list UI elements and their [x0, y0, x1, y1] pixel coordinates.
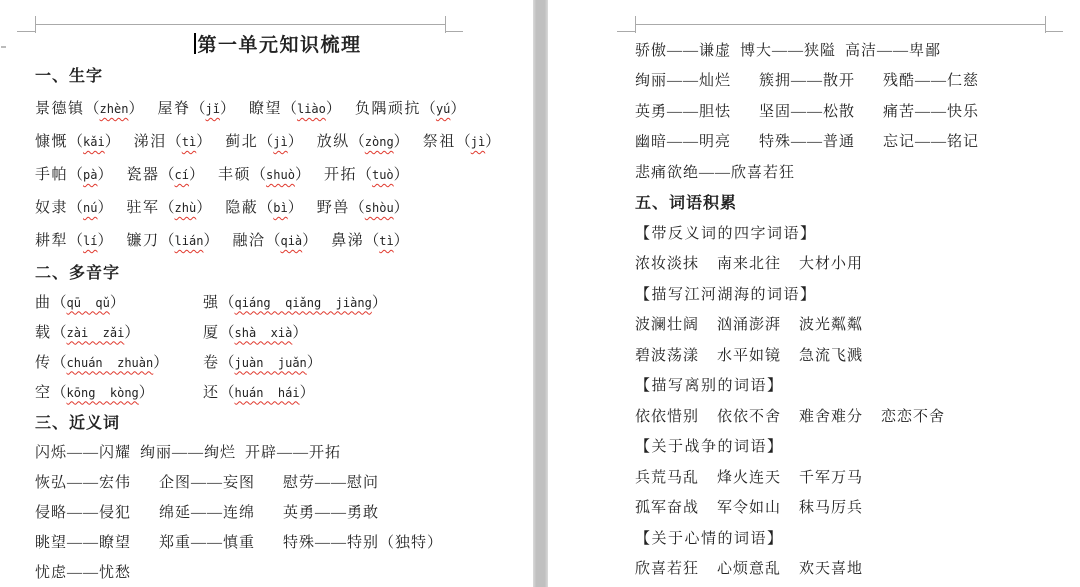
antonym-pair: 绚丽——灿烂: [635, 69, 731, 90]
margin-crop-mark: [635, 16, 636, 33]
doc-paragraph[interactable]: 英勇——胆怯坚固——松散痛苦——快乐: [635, 95, 1076, 126]
idiom-word: 波光粼粼: [799, 313, 863, 334]
doc-paragraph[interactable]: 骄傲——谦虚博大——狭隘高洁——卑鄙: [635, 34, 1076, 65]
idiom-word: 急流飞溅: [799, 344, 863, 365]
word-with-pinyin: 野兽（shòu）: [317, 196, 409, 217]
word-with-pinyin: 传（chuán zhuàn）: [35, 351, 203, 372]
open-paren: （: [258, 196, 273, 217]
close-paren: ）: [302, 229, 317, 250]
close-paren: ）: [326, 97, 341, 118]
hanzi-word: 慷慨: [35, 130, 68, 151]
open-paren: （: [167, 130, 182, 151]
hanzi-word: 融洽: [232, 229, 265, 250]
hanzi-word: 鼻涕: [331, 229, 364, 250]
idiom-word: 心烦意乱: [717, 557, 781, 578]
idiom-word: 依依惜别: [635, 405, 699, 426]
hanzi-word: 涕泪: [134, 130, 167, 151]
close-paren: ）: [295, 163, 310, 184]
hanzi-word: 耕犁: [35, 229, 68, 250]
pinyin-spellcheck: yú: [436, 102, 450, 116]
section-heading[interactable]: 五、词语积累: [635, 187, 1076, 218]
word-with-pinyin: 曲（qū qǔ）: [35, 291, 203, 312]
antonym-pair: 悲痛欲绝——欣喜若狂: [635, 161, 795, 182]
pinyin-spellcheck: lí: [83, 234, 97, 248]
hanzi-word: 蓟北: [225, 130, 258, 151]
doc-paragraph[interactable]: 手帕（pà）瓷器（cí）丰硕（shuò）开拓（tuò）: [35, 157, 521, 190]
pinyin-spellcheck: chuán zhuàn: [67, 356, 154, 370]
style-area-mark: [1, 46, 6, 48]
synonym-pair: 企图——妄图: [159, 471, 255, 492]
close-paren: ）: [203, 229, 218, 250]
synonym-pair: 慰劳——慰问: [283, 471, 379, 492]
pinyin-spellcheck: qiáng qiǎng jiàng: [235, 296, 372, 310]
idiom-word: 水平如镜: [717, 344, 781, 365]
open-paren: （: [68, 229, 83, 250]
hanzi-word: 瞭望: [249, 97, 282, 118]
margin-crop-mark: [17, 31, 35, 32]
pinyin-spellcheck: liào: [297, 102, 326, 116]
idiom-word: 依依不舍: [717, 405, 781, 426]
antonym-pair: 幽暗——明亮: [635, 130, 731, 151]
doc-paragraph[interactable]: 侵略——侵犯绵延——连绵英勇——勇敢: [35, 496, 521, 526]
close-paren: ）: [292, 321, 307, 342]
close-paren: ）: [288, 130, 303, 151]
word-with-pinyin: 瞭望（liào）: [249, 97, 341, 118]
page-1-body: 一、生字景德镇（zhèn）屋脊（jǐ）瞭望（liào）负隅顽抗（yú）慷慨（kǎ…: [35, 58, 521, 586]
idiom-word: 秣马厉兵: [799, 496, 863, 517]
bracket-heading[interactable]: 【带反义词的四字词语】: [635, 217, 1076, 248]
hanzi-word: 传: [35, 351, 52, 372]
word-with-pinyin: 融洽（qià）: [232, 229, 317, 250]
hanzi-word: 还: [203, 381, 220, 402]
bracket-heading[interactable]: 【关于心情的词语】: [635, 522, 1076, 553]
doc-paragraph[interactable]: 波澜壮阔汹涌澎湃波光粼粼: [635, 309, 1076, 340]
close-paren: ）: [394, 130, 409, 151]
open-paren: （: [160, 163, 175, 184]
synonym-pair: 英勇——勇敢: [283, 501, 379, 522]
word-with-pinyin: 景德镇（zhèn）: [35, 97, 143, 118]
open-paren: （: [52, 291, 67, 312]
pinyin-spellcheck: juàn juǎn: [235, 356, 307, 370]
open-paren: （: [456, 130, 471, 151]
pinyin-spellcheck: cí: [175, 168, 189, 182]
antonym-pair: 坚固——松散: [759, 100, 855, 121]
doc-paragraph[interactable]: 眺望——瞭望郑重——慎重特殊——特别（独特）: [35, 526, 521, 556]
hanzi-word: 空: [35, 381, 52, 402]
idiom-word: 兵荒马乱: [635, 466, 699, 487]
open-paren: （: [220, 351, 235, 372]
close-paren: ）: [110, 291, 125, 312]
doc-paragraph[interactable]: 奴隶（nú）驻军（zhù）隐蔽（bì）野兽（shòu）: [35, 190, 521, 223]
idiom-word: 烽火连天: [717, 466, 781, 487]
doc-paragraph[interactable]: 慷慨（kǎi）涕泪（tì）蓟北（jì）放纵（zòng）祭祖（jì）: [35, 124, 521, 157]
close-paren: ）: [189, 163, 204, 184]
close-paren: ）: [105, 130, 120, 151]
pinyin-spellcheck: kōng kòng: [67, 386, 139, 400]
hanzi-word: 载: [35, 321, 52, 342]
idiom-word: 恋恋不舍: [881, 405, 945, 426]
pinyin-spellcheck: shà xià: [235, 326, 293, 340]
idiom-word: 南来北往: [717, 252, 781, 273]
doc-paragraph[interactable]: 闪烁——闪耀绚丽——绚烂开辟——开拓: [35, 436, 521, 466]
idiom-word: 波澜壮阔: [635, 313, 699, 334]
close-paren: ）: [196, 130, 211, 151]
word-with-pinyin: 屋脊（jǐ）: [157, 97, 235, 118]
pinyin-spellcheck: tì: [379, 234, 393, 248]
document-page-2[interactable]: 骄傲——谦虚博大——狭隘高洁——卑鄙绚丽——灿烂簇拥——散开残酷——仁慈英勇——…: [548, 0, 1080, 587]
word-with-pinyin: 载（zài zǎi）: [35, 321, 203, 342]
page-title-text: 第一单元知识梳理: [197, 30, 361, 57]
pinyin-spellcheck: jì: [471, 135, 485, 149]
doc-paragraph[interactable]: 欣喜若狂心烦意乱欢天喜地: [635, 553, 1076, 584]
hanzi-word: 厦: [203, 321, 220, 342]
hanzi-word: 丰硕: [218, 163, 251, 184]
hanzi-word: 瓷器: [127, 163, 160, 184]
word-with-pinyin: 丰硕（shuò）: [218, 163, 310, 184]
pinyin-spellcheck: shòu: [365, 201, 394, 215]
word-with-pinyin: 耕犁（lí）: [35, 229, 113, 250]
close-paren: ）: [300, 381, 315, 402]
synonym-pair: 郑重——慎重: [159, 531, 255, 552]
doc-paragraph[interactable]: 依依惜别依依不舍难舍难分恋恋不舍: [635, 400, 1076, 431]
word-with-pinyin: 放纵（zòng）: [317, 130, 409, 151]
pinyin-spellcheck: kǎi: [83, 135, 105, 149]
doc-paragraph[interactable]: 兵荒马乱烽火连天千军万马: [635, 461, 1076, 492]
pinyin-spellcheck: pà: [83, 168, 97, 182]
word-with-pinyin: 镰刀（lián）: [127, 229, 219, 250]
pinyin-spellcheck: nú: [83, 201, 97, 215]
doc-paragraph[interactable]: 耕犁（lí）镰刀（lián）融洽（qià）鼻涕（tì）: [35, 223, 521, 256]
hanzi-word: 景德镇: [35, 97, 85, 118]
pinyin-spellcheck: tuò: [372, 168, 394, 182]
page-title[interactable]: 第一单元知识梳理: [35, 28, 521, 58]
close-paren: ）: [394, 229, 409, 250]
doc-paragraph[interactable]: 碧波荡漾水平如镜急流飞溅: [635, 339, 1076, 370]
pinyin-spellcheck: shuò: [266, 168, 295, 182]
word-with-pinyin: 手帕（pà）: [35, 163, 113, 184]
doc-paragraph[interactable]: 传（chuán zhuàn）卷（juàn juǎn）: [35, 346, 521, 376]
doc-paragraph[interactable]: 恢弘——宏伟企图——妄图慰劳——慰问: [35, 466, 521, 496]
close-paren: ）: [97, 229, 112, 250]
word-with-pinyin: 负隅顽抗（yú）: [355, 97, 466, 118]
bracket-heading[interactable]: 【描写离别的词语】: [635, 370, 1076, 401]
word-with-pinyin: 厦（shà xià）: [203, 321, 371, 342]
close-paren: ）: [153, 351, 168, 372]
close-paren: ）: [196, 196, 211, 217]
doc-paragraph[interactable]: 空（kōng kòng）还（huán hái）: [35, 376, 521, 406]
section-heading[interactable]: 三、近义词: [35, 406, 521, 436]
open-paren: （: [258, 130, 273, 151]
open-paren: （: [160, 196, 175, 217]
open-paren: （: [350, 130, 365, 151]
hanzi-word: 放纵: [317, 130, 350, 151]
idiom-word: 难舍难分: [799, 405, 863, 426]
close-paren: ）: [307, 351, 322, 372]
word-with-pinyin: 还（huán hái）: [203, 381, 371, 402]
pinyin-spellcheck: huán hái: [235, 386, 300, 400]
synonym-pair: 开辟——开拓: [245, 441, 341, 462]
open-paren: （: [52, 351, 67, 372]
word-with-pinyin: 隐蔽（bì）: [225, 196, 303, 217]
antonym-pair: 博大——狭隘: [740, 39, 836, 60]
open-paren: （: [190, 97, 205, 118]
pinyin-spellcheck: lián: [175, 234, 204, 248]
idiom-word: 浓妆淡抹: [635, 252, 699, 273]
synonym-pair: 侵略——侵犯: [35, 501, 131, 522]
word-with-pinyin: 开拓（tuò）: [324, 163, 409, 184]
close-paren: ）: [128, 97, 143, 118]
antonym-pair: 忘记——铭记: [883, 130, 979, 151]
page-2-text-area: 骄傲——谦虚博大——狭隘高洁——卑鄙绚丽——灿烂簇拥——散开残酷——仁慈英勇——…: [635, 34, 1076, 583]
pinyin-spellcheck: zài zǎi: [67, 326, 125, 340]
section-heading[interactable]: 二、多音字: [35, 256, 521, 286]
pinyin-spellcheck: bì: [273, 201, 287, 215]
close-paren: ）: [220, 97, 235, 118]
idiom-word: 大材小用: [799, 252, 863, 273]
hanzi-word: 开拓: [324, 163, 357, 184]
pinyin-spellcheck: tì: [182, 135, 196, 149]
word-with-pinyin: 祭祖（jì）: [423, 130, 501, 151]
bracket-heading[interactable]: 【描写江河湖海的词语】: [635, 278, 1076, 309]
close-paren: ）: [97, 196, 112, 217]
close-paren: ）: [372, 291, 387, 312]
synonym-pair: 闪烁——闪耀: [35, 441, 131, 462]
pinyin-spellcheck: zhèn: [100, 102, 129, 116]
pinyin-spellcheck: jǐ: [205, 102, 219, 116]
doc-paragraph[interactable]: 景德镇（zhèn）屋脊（jǐ）瞭望（liào）负隅顽抗（yú）: [35, 91, 521, 124]
page-1-text-area: 第一单元知识梳理 一、生字景德镇（zhèn）屋脊（jǐ）瞭望（liào）负隅顽抗…: [35, 28, 521, 586]
open-paren: （: [85, 97, 100, 118]
document-page-1[interactable]: 第一单元知识梳理 一、生字景德镇（zhèn）屋脊（jǐ）瞭望（liào）负隅顽抗…: [0, 0, 533, 587]
close-paren: ）: [97, 163, 112, 184]
doc-paragraph[interactable]: 忧虑——忧愁: [35, 556, 521, 586]
synonym-pair: 绵延——连绵: [159, 501, 255, 522]
page-divider: [533, 0, 548, 587]
close-paren: ）: [485, 130, 500, 151]
text-cursor: [194, 33, 196, 54]
open-paren: （: [160, 229, 175, 250]
open-paren: （: [357, 163, 372, 184]
doc-paragraph[interactable]: 孤军奋战军令如山秣马厉兵: [635, 492, 1076, 523]
idiom-word: 欢天喜地: [799, 557, 863, 578]
antonym-pair: 痛苦——快乐: [883, 100, 979, 121]
word-with-pinyin: 慷慨（kǎi）: [35, 130, 120, 151]
margin-crop-mark: [617, 31, 635, 32]
hanzi-word: 卷: [203, 351, 220, 372]
open-paren: （: [220, 291, 235, 312]
hanzi-word: 祭祖: [423, 130, 456, 151]
synonym-pair: 绚丽——绚烂: [140, 441, 236, 462]
open-paren: （: [68, 196, 83, 217]
idiom-word: 汹涌澎湃: [717, 313, 781, 334]
word-with-pinyin: 强（qiáng qiǎng jiàng）: [203, 291, 387, 312]
close-paren: ）: [394, 196, 409, 217]
word-with-pinyin: 蓟北（jì）: [225, 130, 303, 151]
synonym-pair: 眺望——瞭望: [35, 531, 131, 552]
open-paren: （: [220, 321, 235, 342]
doc-paragraph[interactable]: 绚丽——灿烂簇拥——散开残酷——仁慈: [635, 65, 1076, 96]
open-paren: （: [350, 196, 365, 217]
idiom-word: 碧波荡漾: [635, 344, 699, 365]
hanzi-word: 奴隶: [35, 196, 68, 217]
open-paren: （: [265, 229, 280, 250]
word-with-pinyin: 驻军（zhù）: [127, 196, 212, 217]
synonym-pair: 恢弘——宏伟: [35, 471, 131, 492]
open-paren: （: [364, 229, 379, 250]
idiom-word: 欣喜若狂: [635, 557, 699, 578]
idiom-word: 孤军奋战: [635, 496, 699, 517]
hanzi-word: 隐蔽: [225, 196, 258, 217]
doc-paragraph[interactable]: 曲（qū qǔ）强（qiáng qiǎng jiàng）: [35, 286, 521, 316]
word-with-pinyin: 瓷器（cí）: [127, 163, 205, 184]
antonym-pair: 英勇——胆怯: [635, 100, 731, 121]
hanzi-word: 强: [203, 291, 220, 312]
open-paren: （: [282, 97, 297, 118]
page-2-body: 骄傲——谦虚博大——狭隘高洁——卑鄙绚丽——灿烂簇拥——散开残酷——仁慈英勇——…: [635, 34, 1076, 583]
hanzi-word: 负隅顽抗: [355, 97, 421, 118]
open-paren: （: [52, 321, 67, 342]
open-paren: （: [52, 381, 67, 402]
antonym-pair: 残酷——仁慈: [883, 69, 979, 90]
pinyin-spellcheck: zòng: [365, 135, 394, 149]
word-with-pinyin: 奴隶（nú）: [35, 196, 113, 217]
synonym-pair: 特殊——特别（独特）: [283, 531, 443, 552]
doc-paragraph[interactable]: 幽暗——明亮特殊——普通忘记——铭记: [635, 126, 1076, 157]
close-paren: ）: [139, 381, 154, 402]
top-margin-line: [635, 24, 1045, 25]
pinyin-spellcheck: zhù: [175, 201, 197, 215]
close-paren: ）: [394, 163, 409, 184]
antonym-pair: 高洁——卑鄙: [845, 39, 941, 60]
pinyin-spellcheck: qià: [280, 234, 302, 248]
close-paren: ）: [124, 321, 139, 342]
hanzi-word: 驻军: [127, 196, 160, 217]
close-paren: ）: [450, 97, 465, 118]
synonym-pair: 忧虑——忧愁: [35, 561, 131, 582]
hanzi-word: 镰刀: [127, 229, 160, 250]
bracket-heading[interactable]: 【关于战争的词语】: [635, 431, 1076, 462]
close-paren: ）: [288, 196, 303, 217]
antonym-pair: 簇拥——散开: [759, 69, 855, 90]
hanzi-word: 手帕: [35, 163, 68, 184]
top-margin-line: [35, 24, 445, 25]
open-paren: （: [421, 97, 436, 118]
margin-crop-mark: [1045, 31, 1063, 32]
pinyin-spellcheck: jì: [273, 135, 287, 149]
open-paren: （: [251, 163, 266, 184]
hanzi-word: 屋脊: [157, 97, 190, 118]
open-paren: （: [68, 163, 83, 184]
doc-paragraph[interactable]: 浓妆淡抹南来北往大材小用: [635, 248, 1076, 279]
doc-paragraph[interactable]: 悲痛欲绝——欣喜若狂: [635, 156, 1076, 187]
pinyin-spellcheck: qū qǔ: [67, 296, 110, 310]
doc-paragraph[interactable]: 载（zài zǎi）厦（shà xià）: [35, 316, 521, 346]
hanzi-word: 野兽: [317, 196, 350, 217]
word-with-pinyin: 空（kōng kòng）: [35, 381, 203, 402]
hanzi-word: 曲: [35, 291, 52, 312]
word-with-pinyin: 鼻涕（tì）: [331, 229, 409, 250]
idiom-word: 千军万马: [799, 466, 863, 487]
antonym-pair: 特殊——普通: [759, 130, 855, 151]
antonym-pair: 骄傲——谦虚: [635, 39, 731, 60]
idiom-word: 军令如山: [717, 496, 781, 517]
word-with-pinyin: 卷（juàn juǎn）: [203, 351, 371, 372]
section-heading[interactable]: 一、生字: [35, 58, 521, 91]
open-paren: （: [68, 130, 83, 151]
open-paren: （: [220, 381, 235, 402]
word-with-pinyin: 涕泪（tì）: [134, 130, 212, 151]
